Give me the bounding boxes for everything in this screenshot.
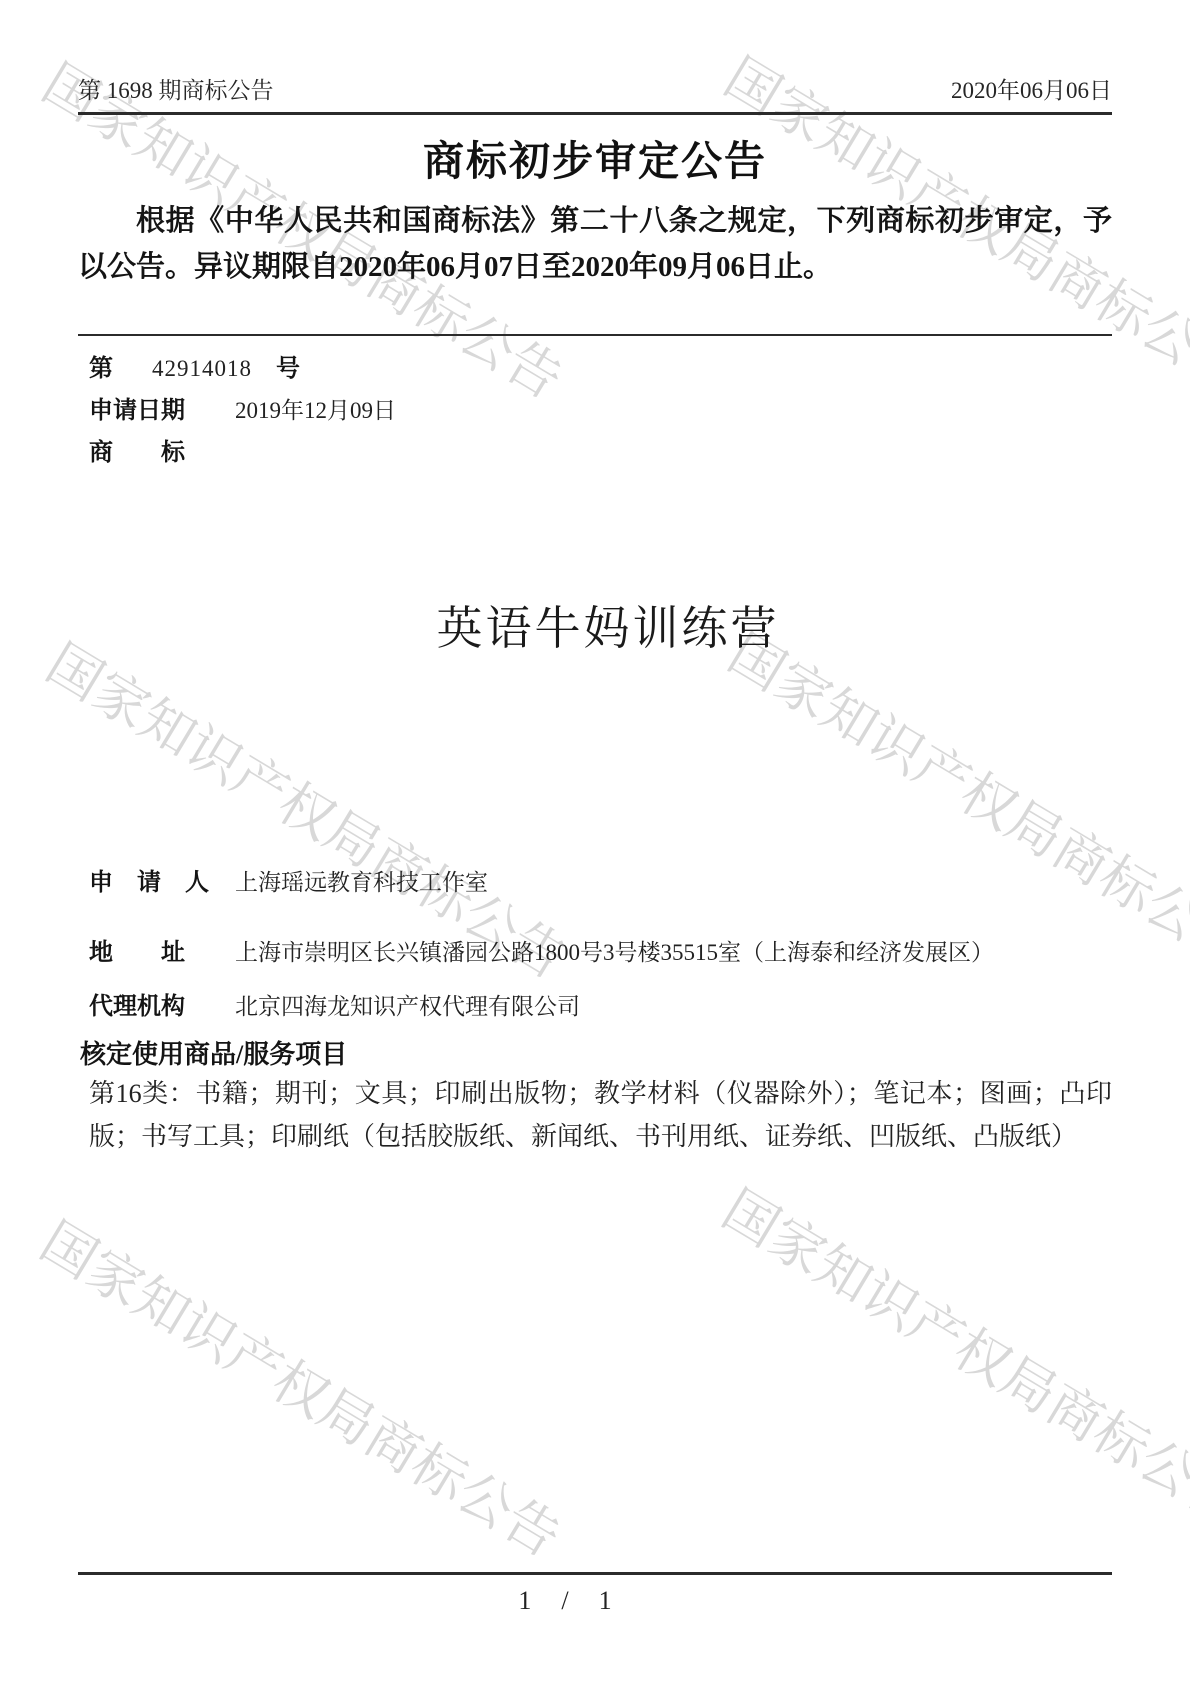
address-row: 地 址上海市崇明区长兴镇潘园公路1800号3号楼35515室（上海泰和经济发展区…	[89, 932, 994, 967]
trademark-label-row: 商 标	[89, 432, 235, 467]
trademark-label: 商 标	[89, 432, 235, 467]
application-date-label: 申请日期	[89, 390, 235, 425]
agency-row: 代理机构北京四海龙知识产权代理有限公司	[89, 986, 580, 1021]
page-header: 第 1698 期商标公告 2020年06月06日	[78, 72, 1112, 105]
header-divider	[78, 112, 1112, 115]
application-date-value: 2019年12月09日	[235, 398, 396, 423]
footer-divider	[78, 1572, 1112, 1575]
content-layer: 第 1698 期商标公告 2020年06月06日 商标初步审定公告 根据《中华人…	[0, 0, 1190, 1684]
page-number-indicator: 1/1	[0, 1586, 1130, 1616]
gazette-date: 2020年06月06日	[951, 72, 1112, 105]
goods-services-heading: 核定使用商品/服务项目	[80, 1034, 347, 1071]
page-title: 商标初步审定公告	[78, 128, 1112, 187]
trademark-gazette-page: 国家知识产权局商标公告 国家知识产权局商标公告 国家知识产权局商标公告 国家知识…	[0, 0, 1190, 1684]
total-page-count: 1	[599, 1586, 612, 1615]
notice-paragraph: 根据《中华人民共和国商标法》第二十八条之规定，下列商标初步审定，予以公告。异议期…	[78, 198, 1112, 290]
address-label: 地 址	[89, 932, 235, 967]
page-number-separator: /	[561, 1586, 568, 1615]
applicant-row: 申 请 人上海瑶远教育科技工作室	[89, 862, 488, 897]
registration-number-row: 第42914018号	[89, 348, 300, 383]
agency-label: 代理机构	[89, 986, 235, 1021]
goods-services-list: 第16类：书籍；期刊；文具；印刷出版物；教学材料（仪器除外）；笔记本；图画；凸印…	[89, 1072, 1112, 1158]
reg-number-suffix: 号	[276, 356, 300, 382]
current-page-number: 1	[518, 1586, 531, 1615]
registration-number: 42914018	[152, 356, 252, 381]
applicant-name: 上海瑶远教育科技工作室	[235, 870, 488, 895]
gazette-issue-label: 第 1698 期商标公告	[78, 72, 274, 105]
address-value: 上海市崇明区长兴镇潘园公路1800号3号楼35515室（上海泰和经济发展区）	[235, 940, 994, 965]
section-divider	[78, 334, 1112, 336]
applicant-label: 申 请 人	[89, 862, 235, 897]
trademark-text: 英语牛妈训练营	[26, 592, 1190, 658]
reg-number-prefix: 第	[89, 356, 113, 382]
application-date-row: 申请日期2019年12月09日	[89, 390, 396, 425]
agency-name: 北京四海龙知识产权代理有限公司	[235, 994, 580, 1019]
